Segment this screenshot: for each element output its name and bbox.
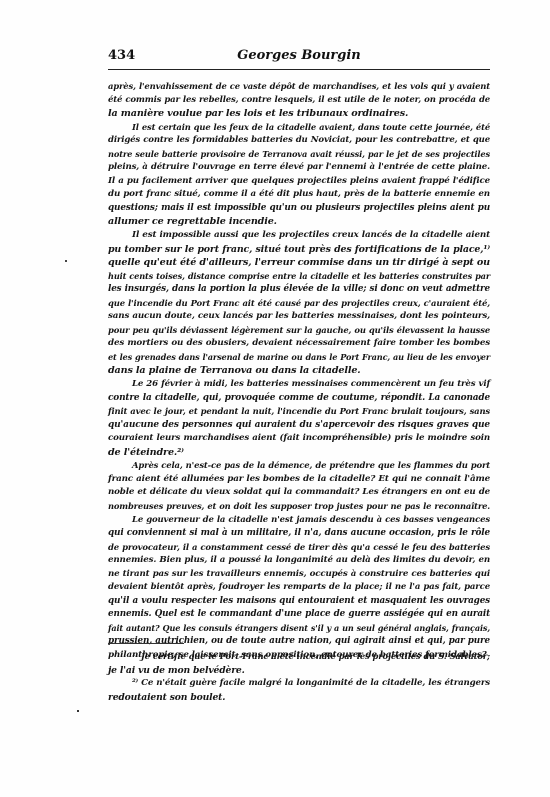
text-line: Il est certain que les feux de la citade… [108, 121, 490, 135]
text-line: après, l'envahissement de ce vaste dépôt… [108, 80, 490, 94]
text-line: fait autant? Que les consuls étrangers d… [108, 622, 490, 636]
text-line: pour peu qu'ils déviassent légèrement su… [108, 324, 490, 338]
book-page: 434 Georges Bourgin après, l'envahisseme… [0, 0, 550, 797]
text-line: nombreuses preuves, et on doit les suppo… [108, 500, 490, 514]
text-line: Le 26 février à midi, les batteries mess… [108, 378, 490, 392]
header-rule [108, 69, 490, 70]
text-line: qu'aucune des personnes qui auraient du … [108, 419, 490, 433]
text-line: Après cela, n'est-ce pas de la démence, … [108, 459, 490, 473]
footnote-line: ¹⁾ Je certifie que le Port-Franc a été i… [108, 650, 490, 664]
text-line: de l'éteindre.²⁾ [108, 446, 490, 460]
text-line: de provocateur, il a constamment cessé d… [108, 541, 490, 555]
text-line: du port franc situé, comme il a été dit … [108, 188, 490, 202]
text-line: les insurgés, dans la portion la plus él… [108, 283, 490, 297]
text-line: couraient leurs marchandises aient (fait… [108, 432, 490, 446]
scan-speck [65, 260, 67, 262]
footnote-line: redoutaient son boulet. [108, 691, 490, 705]
text-line: Le gouverneur de la citadelle n'est jama… [108, 514, 490, 528]
text-line: ennemis. Quel est le commandant d'une pl… [108, 608, 490, 622]
text-line: qu'il a voulu respecter les maisons qui … [108, 595, 490, 609]
text-line: notre seule batterie provisoire de Terra… [108, 148, 490, 162]
footnote-line: je l'ai vu de mon belvédère. [108, 664, 490, 678]
text-line: que l'incendie du Port Franc ait été cau… [108, 297, 490, 311]
footnote-separator [108, 643, 184, 644]
text-line: sans aucun doute, ceux lancés par les ba… [108, 310, 490, 324]
footnote-line: ²⁾ Ce n'était guère facile malgré la lon… [108, 677, 490, 691]
text-line: noble et délicate du vieux soldat qui la… [108, 486, 490, 500]
text-line: la manière voulue par les lois et les tr… [108, 107, 490, 121]
text-line: quelle qu'eut été d'ailleurs, l'erreur c… [108, 256, 490, 270]
main-text: après, l'envahissement de ce vaste dépôt… [108, 80, 490, 663]
text-line: allumer ce regrettable incendie. [108, 215, 490, 229]
text-line: et les grenades dans l'arsenal de marine… [108, 351, 490, 365]
running-title: Georges Bourgin [108, 48, 490, 63]
text-line: contre la citadelle, qui, provoquée comm… [108, 392, 490, 406]
text-line: finit avec le jour, et pendant la nuit, … [108, 405, 490, 419]
text-line: dans la plaine de Terranova ou dans la c… [108, 364, 490, 378]
text-line: Il est impossible aussi que les projecti… [108, 229, 490, 243]
text-line: pu tomber sur le port franc, situé tout … [108, 243, 490, 257]
text-line: dirigés contre les formidables batteries… [108, 134, 490, 148]
text-line: devaient bientôt après, foudroyer les re… [108, 581, 490, 595]
text-line: ne tirant pas sur les travailleurs ennem… [108, 568, 490, 582]
scan-mark [77, 710, 79, 712]
text-line: ennemies. Bien plus, il a poussé la long… [108, 554, 490, 568]
running-head: 434 Georges Bourgin [108, 48, 490, 68]
text-line: pleins, à détruire l'ouvrage en terre él… [108, 161, 490, 175]
text-line: Il a pu facilement arriver que quelques … [108, 175, 490, 189]
text-line: huit cents toises, distance comprise ent… [108, 270, 490, 284]
text-line: qui conviennent si mal à un militaire, i… [108, 527, 490, 541]
text-line: des mortiers ou des obusiers, devaient n… [108, 337, 490, 351]
text-line: questions; mais il est impossible qu'un … [108, 202, 490, 216]
text-line: été commis par les rebelles, contre lesq… [108, 94, 490, 108]
footnotes: ¹⁾ Je certifie que le Port-Franc a été i… [108, 650, 490, 704]
text-line: franc aient été allumées par les bombes … [108, 473, 490, 487]
